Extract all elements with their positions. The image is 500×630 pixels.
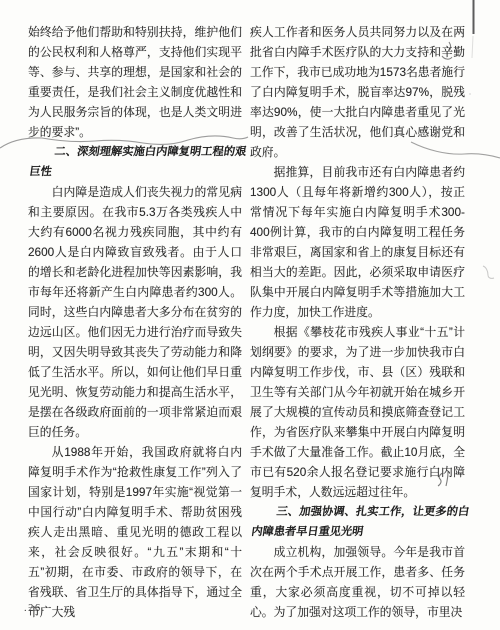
edge-speck <box>469 93 471 95</box>
body-paragraph: 始终给予他们帮助和特别扶持，维护他们的公民权利和人格尊严，支持他们实现平等、参与… <box>28 22 242 142</box>
section-heading: 三、加强协调、扎实工作，让更多的白内障患者早日重见光明 <box>250 502 471 542</box>
scanned-document-page: 始终给予他们帮助和特别扶持，维护他们的公民权利和人格尊严，支持他们实现平等、参与… <box>0 0 500 630</box>
body-paragraph: 根据《攀枝花市残疾人事业“十五”计划纲要》的要求，为了进一步加快我市白内障复明工… <box>250 322 465 502</box>
small-check-mark <box>483 266 494 278</box>
body-paragraph: 疾人工作者和医务人员共同努力以及在两批省白内障手术医疗队的大力支持和辛勤工作下，… <box>250 22 465 162</box>
body-paragraph: 成立机构，加强领导。今年是我市首次在两个手术点开展工作，患者多、任务重，大家必须… <box>250 542 465 622</box>
section-heading: 二、深刻理解实施白内障复明工程的艰巨性 <box>28 142 248 182</box>
body-paragraph: 白内障是造成人们丧失视力的常见病和主要原因。在我市5.3万各类残疾人中大约有60… <box>28 182 242 442</box>
body-paragraph: 据推算，目前我市还有白内障患者约1300人（且每年将新增约300人），按正常情况… <box>250 162 465 322</box>
right-column: 疾人工作者和医务人员共同努力以及在两批省白内障手术医疗队的大力支持和辛勤工作下，… <box>250 22 465 622</box>
left-column: 始终给予他们帮助和特别扶持，维护他们的公民权利和人格尊严，支持他们实现平等、参与… <box>28 22 242 622</box>
page-edge-line-faint <box>472 36 473 58</box>
body-paragraph: 从1988年开始，我国政府就将白内障复明手术作为“抢救性康复工作”列入了国家计划… <box>28 442 242 622</box>
page-number: .26. <box>24 603 46 614</box>
